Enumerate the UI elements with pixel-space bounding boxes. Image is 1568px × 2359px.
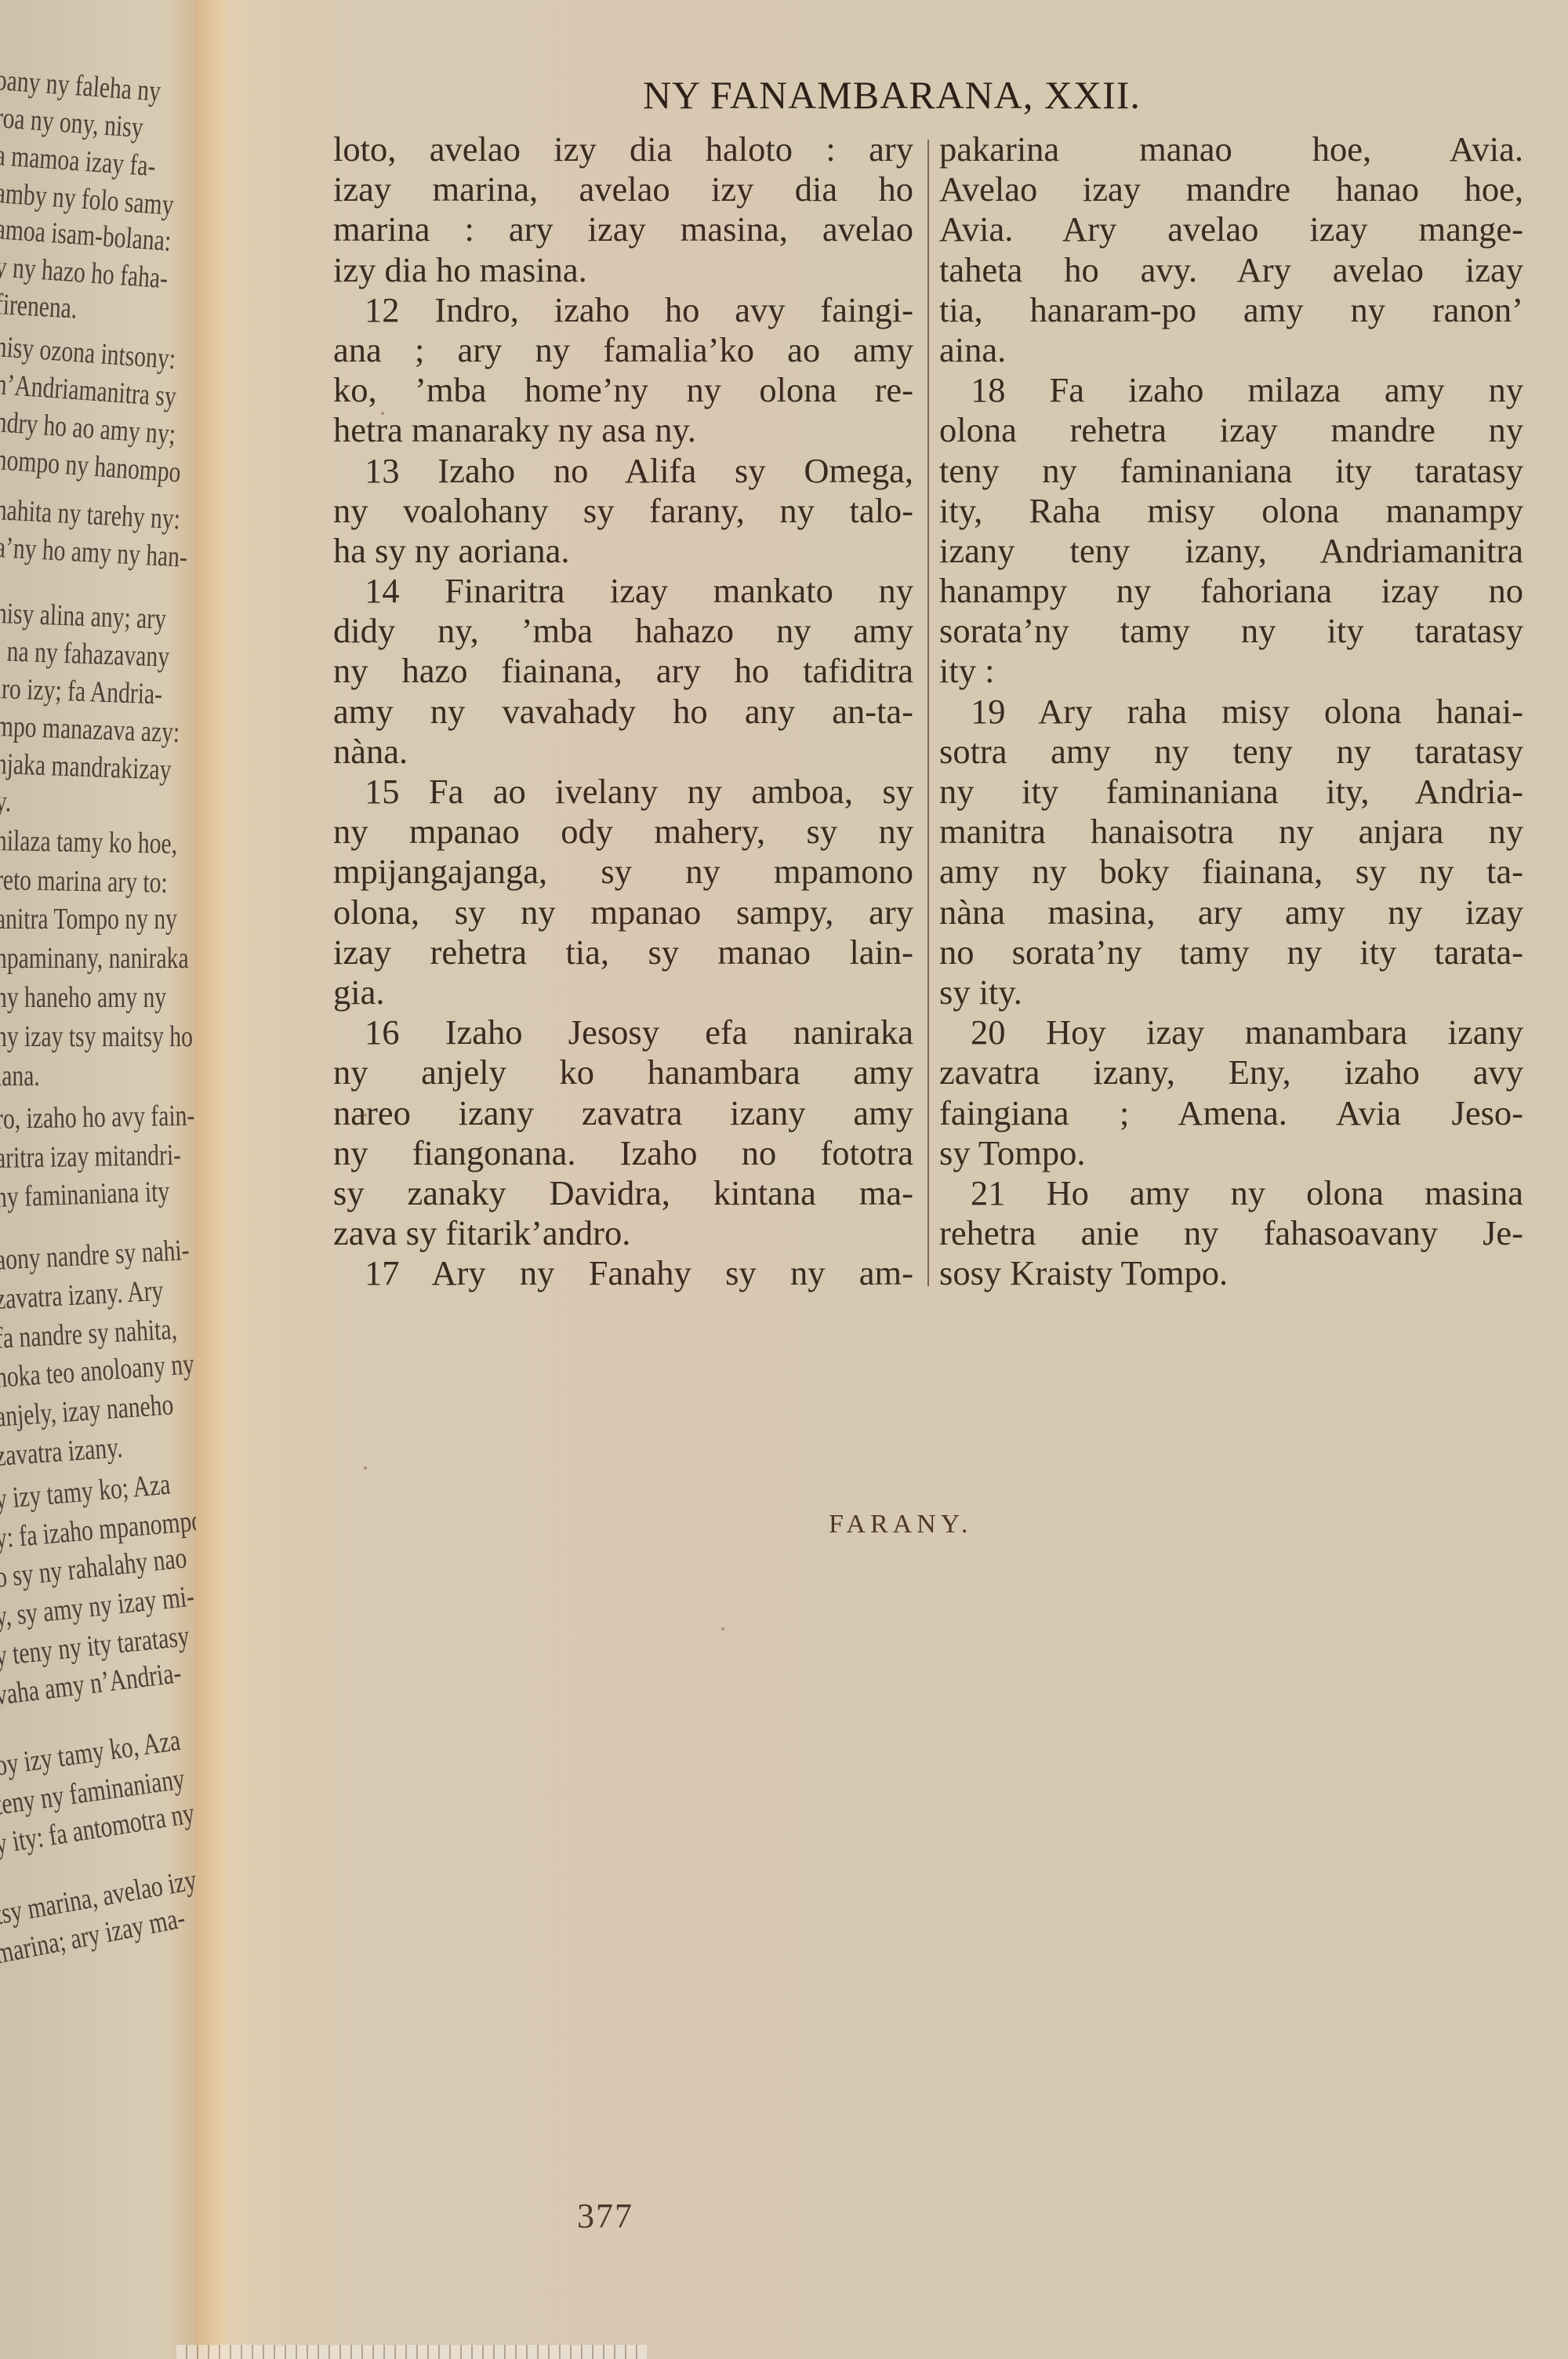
text-line: ny hazo fiainana, ary ho tafiditra [333, 651, 913, 691]
facing-page-text-fragment: hahita ny tarehy ny: [0, 493, 181, 536]
text-line: Avelao izay mandre hanao hoe, [939, 169, 1523, 209]
text-line: sy ity. [939, 972, 1523, 1012]
paper-speck [381, 412, 384, 415]
page-stack-edge [176, 2345, 647, 2359]
text-line: ny mpanao ody mahery, sy ny [333, 812, 913, 852]
verse-start-line: 13 Izaho no Alifa sy Omega, [333, 451, 913, 491]
facing-page-text-fragment: aony nandre sy nahi- [0, 1233, 191, 1278]
verse-start-line: 14 Finaritra izay mankato ny [333, 571, 913, 611]
paper-speck [364, 1467, 367, 1470]
text-line: tia, hanaram-po amy ny ranon’ [939, 290, 1523, 330]
text-line: manitra hanaisotra ny anjara ny [939, 812, 1523, 852]
facing-page-text-fragment: anjely, izay naneho [0, 1387, 175, 1434]
right-text-column: pakarina manao hoe, Avia.Avelao izay man… [939, 129, 1523, 1293]
text-line: rehetra anie ny fahasoavany Je- [939, 1213, 1523, 1253]
verse-start-line: 17 Ary ny Fanahy sy ny am- [333, 1253, 913, 1293]
text-line: faingiana ; Amena. Avia Jeso- [939, 1093, 1523, 1133]
text-line: aina. [939, 330, 1523, 370]
facing-page-edge: oany ny faleha nyroa ny ony, nisya mamoa… [0, 0, 196, 2359]
text-line: izy dia ho masina. [333, 250, 913, 290]
text-line: nàna. [333, 732, 913, 772]
facing-page-text-fragment: ny izay tsy maitsy ho [0, 1020, 193, 1054]
text-line: loto, avelao izy dia haloto : ary [333, 129, 913, 169]
text-line: ity, Raha misy olona manampy [939, 491, 1523, 531]
facing-page-text-fragment: , na ny fahazavany [0, 634, 170, 674]
verse-start-line: 12 Indro, izaho ho avy faingi- [333, 290, 913, 330]
facing-page-text-fragment: aritra izay mitandri- [0, 1138, 181, 1176]
text-line: nàna masina, ary amy ny izay [939, 892, 1523, 932]
text-line: ny ity faminaniana ity, Andria- [939, 772, 1523, 812]
verse-start-line: 20 Hoy izay manambara izany [939, 1012, 1523, 1052]
text-line: gia. [333, 972, 913, 1012]
facing-page-text-fragment: lro izy; fa Andria- [0, 671, 163, 711]
text-line: Avia. Ary avelao izay mange- [939, 209, 1523, 249]
text-line: sy zanaky Davidra, kintana ma- [333, 1173, 913, 1213]
facing-page-text-fragment: roa ny ony, nisy [0, 100, 144, 145]
text-line: ana ; ary ny famalia’ko ao amy [333, 330, 913, 370]
left-text-column: loto, avelao izy dia haloto : aryizay ma… [333, 129, 913, 1293]
facing-page-text-fragment: reto marina ary to: [0, 863, 168, 900]
text-line: hanampy ny fahoriana izay no [939, 571, 1523, 611]
text-line: mpijangajanga, sy ny mpamono [333, 852, 913, 892]
facing-page-text-fragment: hisy alina any; ary [0, 596, 167, 637]
text-line: zavatra izany, Eny, izaho avy [939, 1052, 1523, 1092]
text-line: izay rehetra tia, sy manao lain- [333, 932, 913, 972]
text-line: zava sy fitarik’andro. [333, 1213, 913, 1253]
end-colophon: FARANY. [829, 1510, 972, 1539]
paper-speck [364, 1114, 367, 1117]
text-line: ny anjely ko hanambara amy [333, 1052, 913, 1092]
text-line: no sorata’ny tamy ny ity tarata- [939, 932, 1523, 972]
text-line: ny fiangonana. Izaho no fototra [333, 1133, 913, 1173]
facing-page-text-fragment: ro, izaho ho avy fain- [0, 1099, 195, 1136]
text-line: sorata’ny tamy ny ity taratasy [939, 611, 1523, 651]
text-line: ko, ’mba home’ny ny olona re- [333, 370, 913, 410]
text-line: pakarina manao hoe, Avia. [939, 129, 1523, 169]
facing-page-text-fragment: iana. [0, 1059, 40, 1093]
text-line: amy ny vavahady ho any an-ta- [333, 692, 913, 732]
text-line: ity : [939, 651, 1523, 691]
facing-page-text-fragment: zavatra izany. [0, 1430, 124, 1474]
text-line: olona, sy ny mpanao sampy, ary [333, 892, 913, 932]
facing-page-text-fragment: npaminany, naniraka [0, 941, 189, 976]
text-line: ny voalohany sy farany, ny talo- [333, 491, 913, 531]
text-line: nareo izany zavatra izany amy [333, 1093, 913, 1133]
text-line: amy ny boky fiainana, sy ny ta- [939, 852, 1523, 892]
running-head: NY FANAMBARANA, XXII. [643, 72, 1141, 118]
text-line: olona rehetra izay mandre ny [939, 410, 1523, 450]
text-line: taheta ho avy. Ary avelao izay [939, 250, 1523, 290]
text-line: teny ny faminaniana ity taratasy [939, 451, 1523, 491]
column-divider [927, 140, 929, 1286]
facing-page-text-fragment: ny faminaniana ity [0, 1174, 170, 1215]
facing-page-text-fragment: a’ny ho amy ny han- [0, 530, 188, 575]
facing-page-text-fragment: firenena. [0, 287, 78, 325]
text-line: izay marina, avelao izy dia ho [333, 169, 913, 209]
facing-page-text-fragment: nilaza tamy ko hoe, [0, 823, 177, 861]
facing-page-text-fragment: njaka mandrakizay [0, 747, 172, 787]
page-number: 377 [577, 2196, 633, 2236]
verse-start-line: 21 Ho amy ny olona masina [939, 1173, 1523, 1213]
verse-start-line: 19 Ary raha misy olona hanai- [939, 692, 1523, 732]
text-line: sosy Kraisty Tompo. [939, 1253, 1523, 1293]
verse-start-line: 15 Fa ao ivelany ny amboa, sy [333, 772, 913, 812]
text-line: sotra amy ny teny ny taratasy [939, 732, 1523, 772]
facing-page-text-fragment: ny haneho amy ny [0, 980, 166, 1015]
facing-page-text-fragment: mpo manazava azy: [0, 709, 180, 750]
facing-page-text-fragment: y. [0, 784, 12, 819]
text-line: ha sy ny aoriana. [333, 531, 913, 571]
text-line: hetra manaraky ny asa ny. [333, 410, 913, 450]
text-line: didy ny, ’mba hahazo ny amy [333, 611, 913, 651]
paper-speck [721, 1627, 724, 1630]
text-line: izany teny izany, Andriamanitra [939, 531, 1523, 571]
verse-start-line: 18 Fa izaho milaza amy ny [939, 370, 1523, 410]
facing-page-text-fragment: zavatra izany. Ary [0, 1274, 164, 1317]
verse-start-line: 16 Izaho Jesosy efa naniraka [333, 1012, 913, 1052]
text-line: sy Tompo. [939, 1133, 1523, 1173]
text-line: marina : ary izay masina, avelao [333, 209, 913, 249]
facing-page-text-fragment: anitra Tompo ny ny [0, 902, 177, 936]
